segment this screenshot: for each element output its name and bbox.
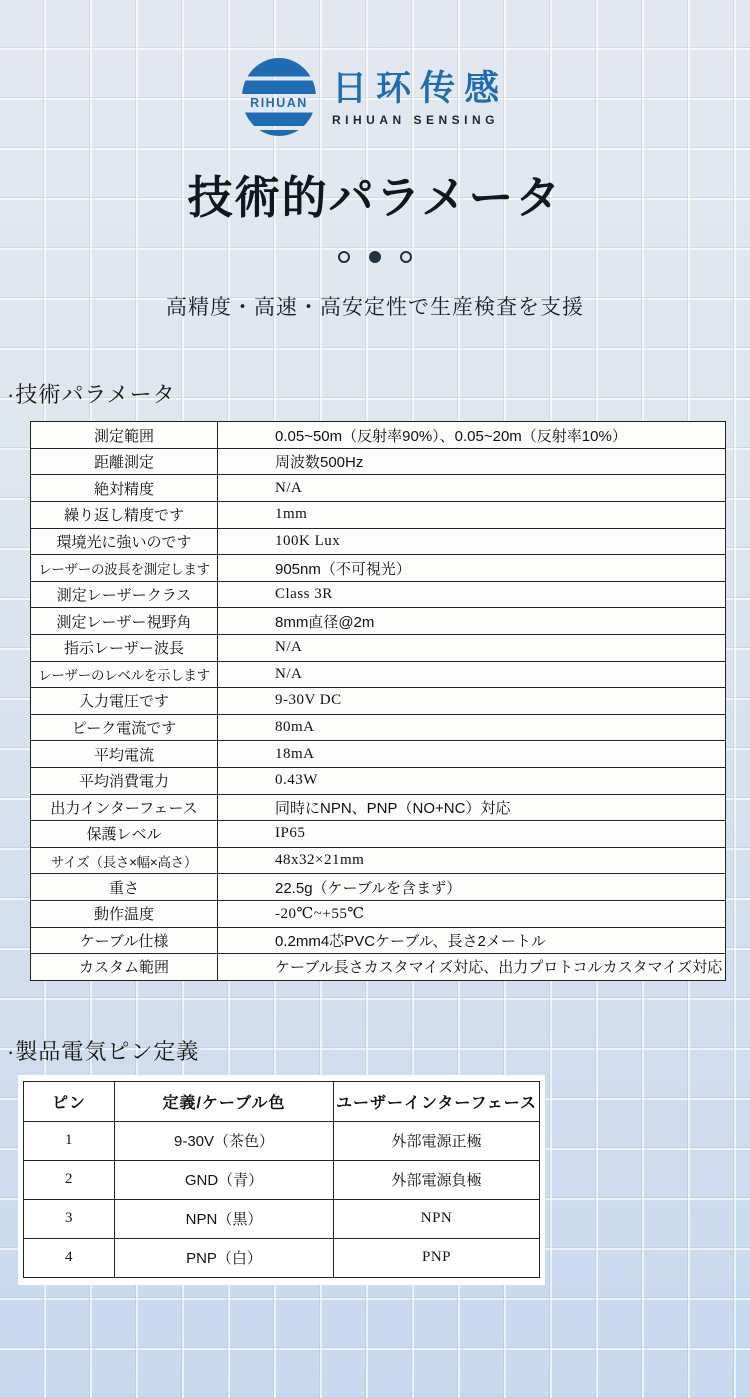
spec-value: 1mm xyxy=(218,502,726,529)
spec-table: 測定範囲0.05~50m（反射率90%）、0.05~20m（反射率10%）距離測… xyxy=(30,421,726,980)
spec-row: 測定レーザークラスClass 3R xyxy=(31,581,726,608)
spec-row: 動作温度-20℃~+55℃ xyxy=(31,900,726,927)
spec-label: ケーブル仕様 xyxy=(31,927,218,954)
logo: RIHUAN 日环传感 RIHUAN SENSING xyxy=(0,0,750,136)
page-subtitle: 高精度・高速・高安定性で生産検査を支援 xyxy=(0,291,750,321)
spec-row: 繰り返し精度です1mm xyxy=(31,502,726,529)
spec-row: 環境光に強いのです100K Lux xyxy=(31,528,726,555)
spec-row: 平均電流18mA xyxy=(31,741,726,768)
pin-number: 3 xyxy=(24,1199,115,1238)
spec-row: 重さ22.5g（ケーブルを含まず） xyxy=(31,874,726,901)
spec-value: 8mm直径@2m xyxy=(218,608,726,635)
pin-definition: NPN（黒） xyxy=(115,1199,334,1238)
spec-row: 絶対精度N/A xyxy=(31,475,726,502)
spec-value: 22.5g（ケーブルを含まず） xyxy=(218,874,726,901)
hollow-dot xyxy=(338,251,350,263)
spec-row: ケーブル仕様0.2mm4芯PVCケーブル、長さ2メートル xyxy=(31,927,726,954)
pin-interface: 外部電源負極 xyxy=(334,1160,540,1199)
spec-label: 測定レーザークラス xyxy=(31,581,218,608)
spec-label: 環境光に強いのです xyxy=(31,528,218,555)
pin-number: 4 xyxy=(24,1238,115,1277)
pin-section-heading: ·製品電気ピン定義 xyxy=(7,1035,750,1066)
pin-header-row: ピン定義/ケーブル色ユーザーインターフェース xyxy=(24,1081,540,1121)
spec-label: サイズ（長さ×幅×高さ） xyxy=(31,847,218,874)
pin-table-head: ピン定義/ケーブル色ユーザーインターフェース xyxy=(24,1081,540,1121)
spec-label: 絶対精度 xyxy=(31,475,218,502)
pin-table-body: 19-30V（茶色）外部電源正極2GND（青）外部電源負極3NPN（黒）NPN4… xyxy=(24,1121,540,1277)
product-spec-page: { "colors": { "brand_blue": "#1e6cb3", "… xyxy=(0,0,750,1398)
spec-value: -20℃~+55℃ xyxy=(218,900,726,927)
spec-row: 入力電圧です9-30V DC xyxy=(31,688,726,715)
pin-row: 4PNP（白）PNP xyxy=(24,1238,540,1277)
spec-value: 0.43W xyxy=(218,767,726,794)
pin-row: 19-30V（茶色）外部電源正極 xyxy=(24,1121,540,1160)
spec-row: カスタム範囲ケーブル長さカスタマイズ対応、出力プロトコルカスタマイズ対応 xyxy=(31,954,726,981)
spec-value: IP65 xyxy=(218,821,726,848)
pin-col-header: ユーザーインターフェース xyxy=(334,1081,540,1121)
pin-interface: 外部電源正極 xyxy=(334,1121,540,1160)
spec-label: 動作温度 xyxy=(31,900,218,927)
spec-value: Class 3R xyxy=(218,581,726,608)
spec-label: 平均消費電力 xyxy=(31,767,218,794)
spec-value: N/A xyxy=(218,475,726,502)
spec-label: 入力電圧です xyxy=(31,688,218,715)
pin-row: 2GND（青）外部電源負極 xyxy=(24,1160,540,1199)
spec-value: 9-30V DC xyxy=(218,688,726,715)
pagination-dots xyxy=(0,250,750,264)
spec-row: 出力インターフェース同時にNPN、PNP（NO+NC）対応 xyxy=(31,794,726,821)
logo-text-block: 日环传感 RIHUAN SENSING xyxy=(332,68,508,127)
logo-cn-name: 日环传感 xyxy=(332,68,508,110)
pin-table-card: ピン定義/ケーブル色ユーザーインターフェース 19-30V（茶色）外部電源正極2… xyxy=(18,1075,545,1285)
pin-definition: PNP（白） xyxy=(115,1238,334,1277)
spec-value: 18mA xyxy=(218,741,726,768)
spec-value: ケーブル長さカスタマイズ対応、出力プロトコルカスタマイズ対応 xyxy=(218,954,726,981)
page-title: 技術的パラメータ xyxy=(0,170,750,226)
pin-interface: NPN xyxy=(334,1199,540,1238)
spec-table-body: 測定範囲0.05~50m（反射率90%）、0.05~20m（反射率10%）距離測… xyxy=(31,422,726,980)
spec-label: 出力インターフェース xyxy=(31,794,218,821)
spec-value: 48x32×21mm xyxy=(218,847,726,874)
pin-interface: PNP xyxy=(334,1238,540,1277)
logo-circle-text: RIHUAN xyxy=(242,97,316,110)
filled-dot xyxy=(369,251,381,263)
spec-value: 100K Lux xyxy=(218,528,726,555)
pin-table: ピン定義/ケーブル色ユーザーインターフェース 19-30V（茶色）外部電源正極2… xyxy=(23,1081,540,1278)
spec-row: 指示レーザー波長N/A xyxy=(31,635,726,662)
spec-section-heading: ·技術パラメータ xyxy=(7,378,750,409)
spec-row: 保護レベルIP65 xyxy=(31,821,726,848)
spec-label: 指示レーザー波長 xyxy=(31,635,218,662)
hollow-dot xyxy=(400,251,412,263)
spec-label: 距離測定 xyxy=(31,448,218,475)
spec-value: 周波数500Hz xyxy=(218,448,726,475)
spec-label: レーザーのレベルを示します xyxy=(31,661,218,688)
spec-value: 80mA xyxy=(218,714,726,741)
spec-value: 0.05~50m（反射率90%）、0.05~20m（反射率10%） xyxy=(218,422,726,449)
pin-col-header: ピン xyxy=(24,1081,115,1121)
logo-en-name: RIHUAN SENSING xyxy=(332,113,508,127)
spec-label: レーザーの波長を測定します xyxy=(31,555,218,582)
spec-label: 保護レベル xyxy=(31,821,218,848)
spec-label: 測定範囲 xyxy=(31,422,218,449)
spec-row: ピーク電流です80mA xyxy=(31,714,726,741)
pin-definition: 9-30V（茶色） xyxy=(115,1121,334,1160)
spec-value: N/A xyxy=(218,661,726,688)
spec-row: サイズ（長さ×幅×高さ）48x32×21mm xyxy=(31,847,726,874)
spec-row: レーザーのレベルを示しますN/A xyxy=(31,661,726,688)
spec-row: 測定レーザー視野角8mm直径@2m xyxy=(31,608,726,635)
pin-row: 3NPN（黒）NPN xyxy=(24,1199,540,1238)
spec-row: 測定範囲0.05~50m（反射率90%）、0.05~20m（反射率10%） xyxy=(31,422,726,449)
pin-definition: GND（青） xyxy=(115,1160,334,1199)
spec-label: 平均電流 xyxy=(31,741,218,768)
pin-number: 1 xyxy=(24,1121,115,1160)
spec-label: 重さ xyxy=(31,874,218,901)
spec-value: 905nm（不可視光） xyxy=(218,555,726,582)
spec-row: 距離測定周波数500Hz xyxy=(31,448,726,475)
spec-value: N/A xyxy=(218,635,726,662)
rihuan-globe-icon: RIHUAN xyxy=(242,58,316,136)
pin-number: 2 xyxy=(24,1160,115,1199)
spec-row: 平均消費電力0.43W xyxy=(31,767,726,794)
spec-label: ピーク電流です xyxy=(31,714,218,741)
spec-value: 同時にNPN、PNP（NO+NC）対応 xyxy=(218,794,726,821)
spec-row: レーザーの波長を測定します905nm（不可視光） xyxy=(31,555,726,582)
pin-col-header: 定義/ケーブル色 xyxy=(115,1081,334,1121)
spec-label: カスタム範囲 xyxy=(31,954,218,981)
spec-label: 繰り返し精度です xyxy=(31,502,218,529)
spec-value: 0.2mm4芯PVCケーブル、長さ2メートル xyxy=(218,927,726,954)
spec-label: 測定レーザー視野角 xyxy=(31,608,218,635)
